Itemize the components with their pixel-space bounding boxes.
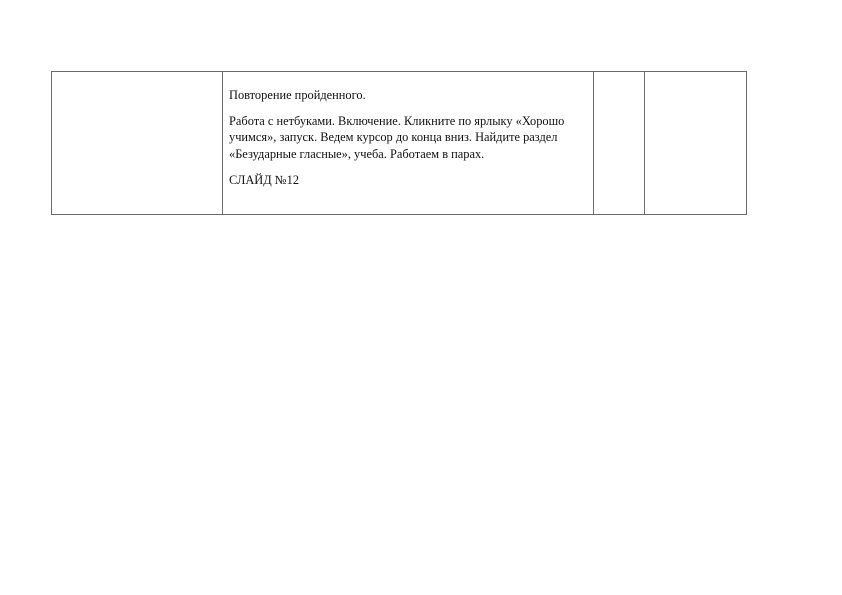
lesson-plan-table: Повторение пройденного. Работа с нетбука…: [51, 71, 747, 215]
table-cell-stage: [52, 72, 223, 215]
paragraph-netbook-work: Работа с нетбуками. Включение. Кликните …: [229, 113, 587, 162]
table-cell-empty-1: [594, 72, 645, 215]
table-cell-activity: Повторение пройденного. Работа с нетбука…: [223, 72, 594, 215]
activity-text: Повторение пройденного. Работа с нетбука…: [223, 72, 593, 188]
table-row: Повторение пройденного. Работа с нетбука…: [52, 72, 747, 215]
paragraph-review: Повторение пройденного.: [229, 87, 587, 103]
paragraph-slide-number: СЛАЙД №12: [229, 172, 587, 188]
document-page: Повторение пройденного. Работа с нетбука…: [0, 0, 842, 595]
table-cell-empty-2: [645, 72, 747, 215]
